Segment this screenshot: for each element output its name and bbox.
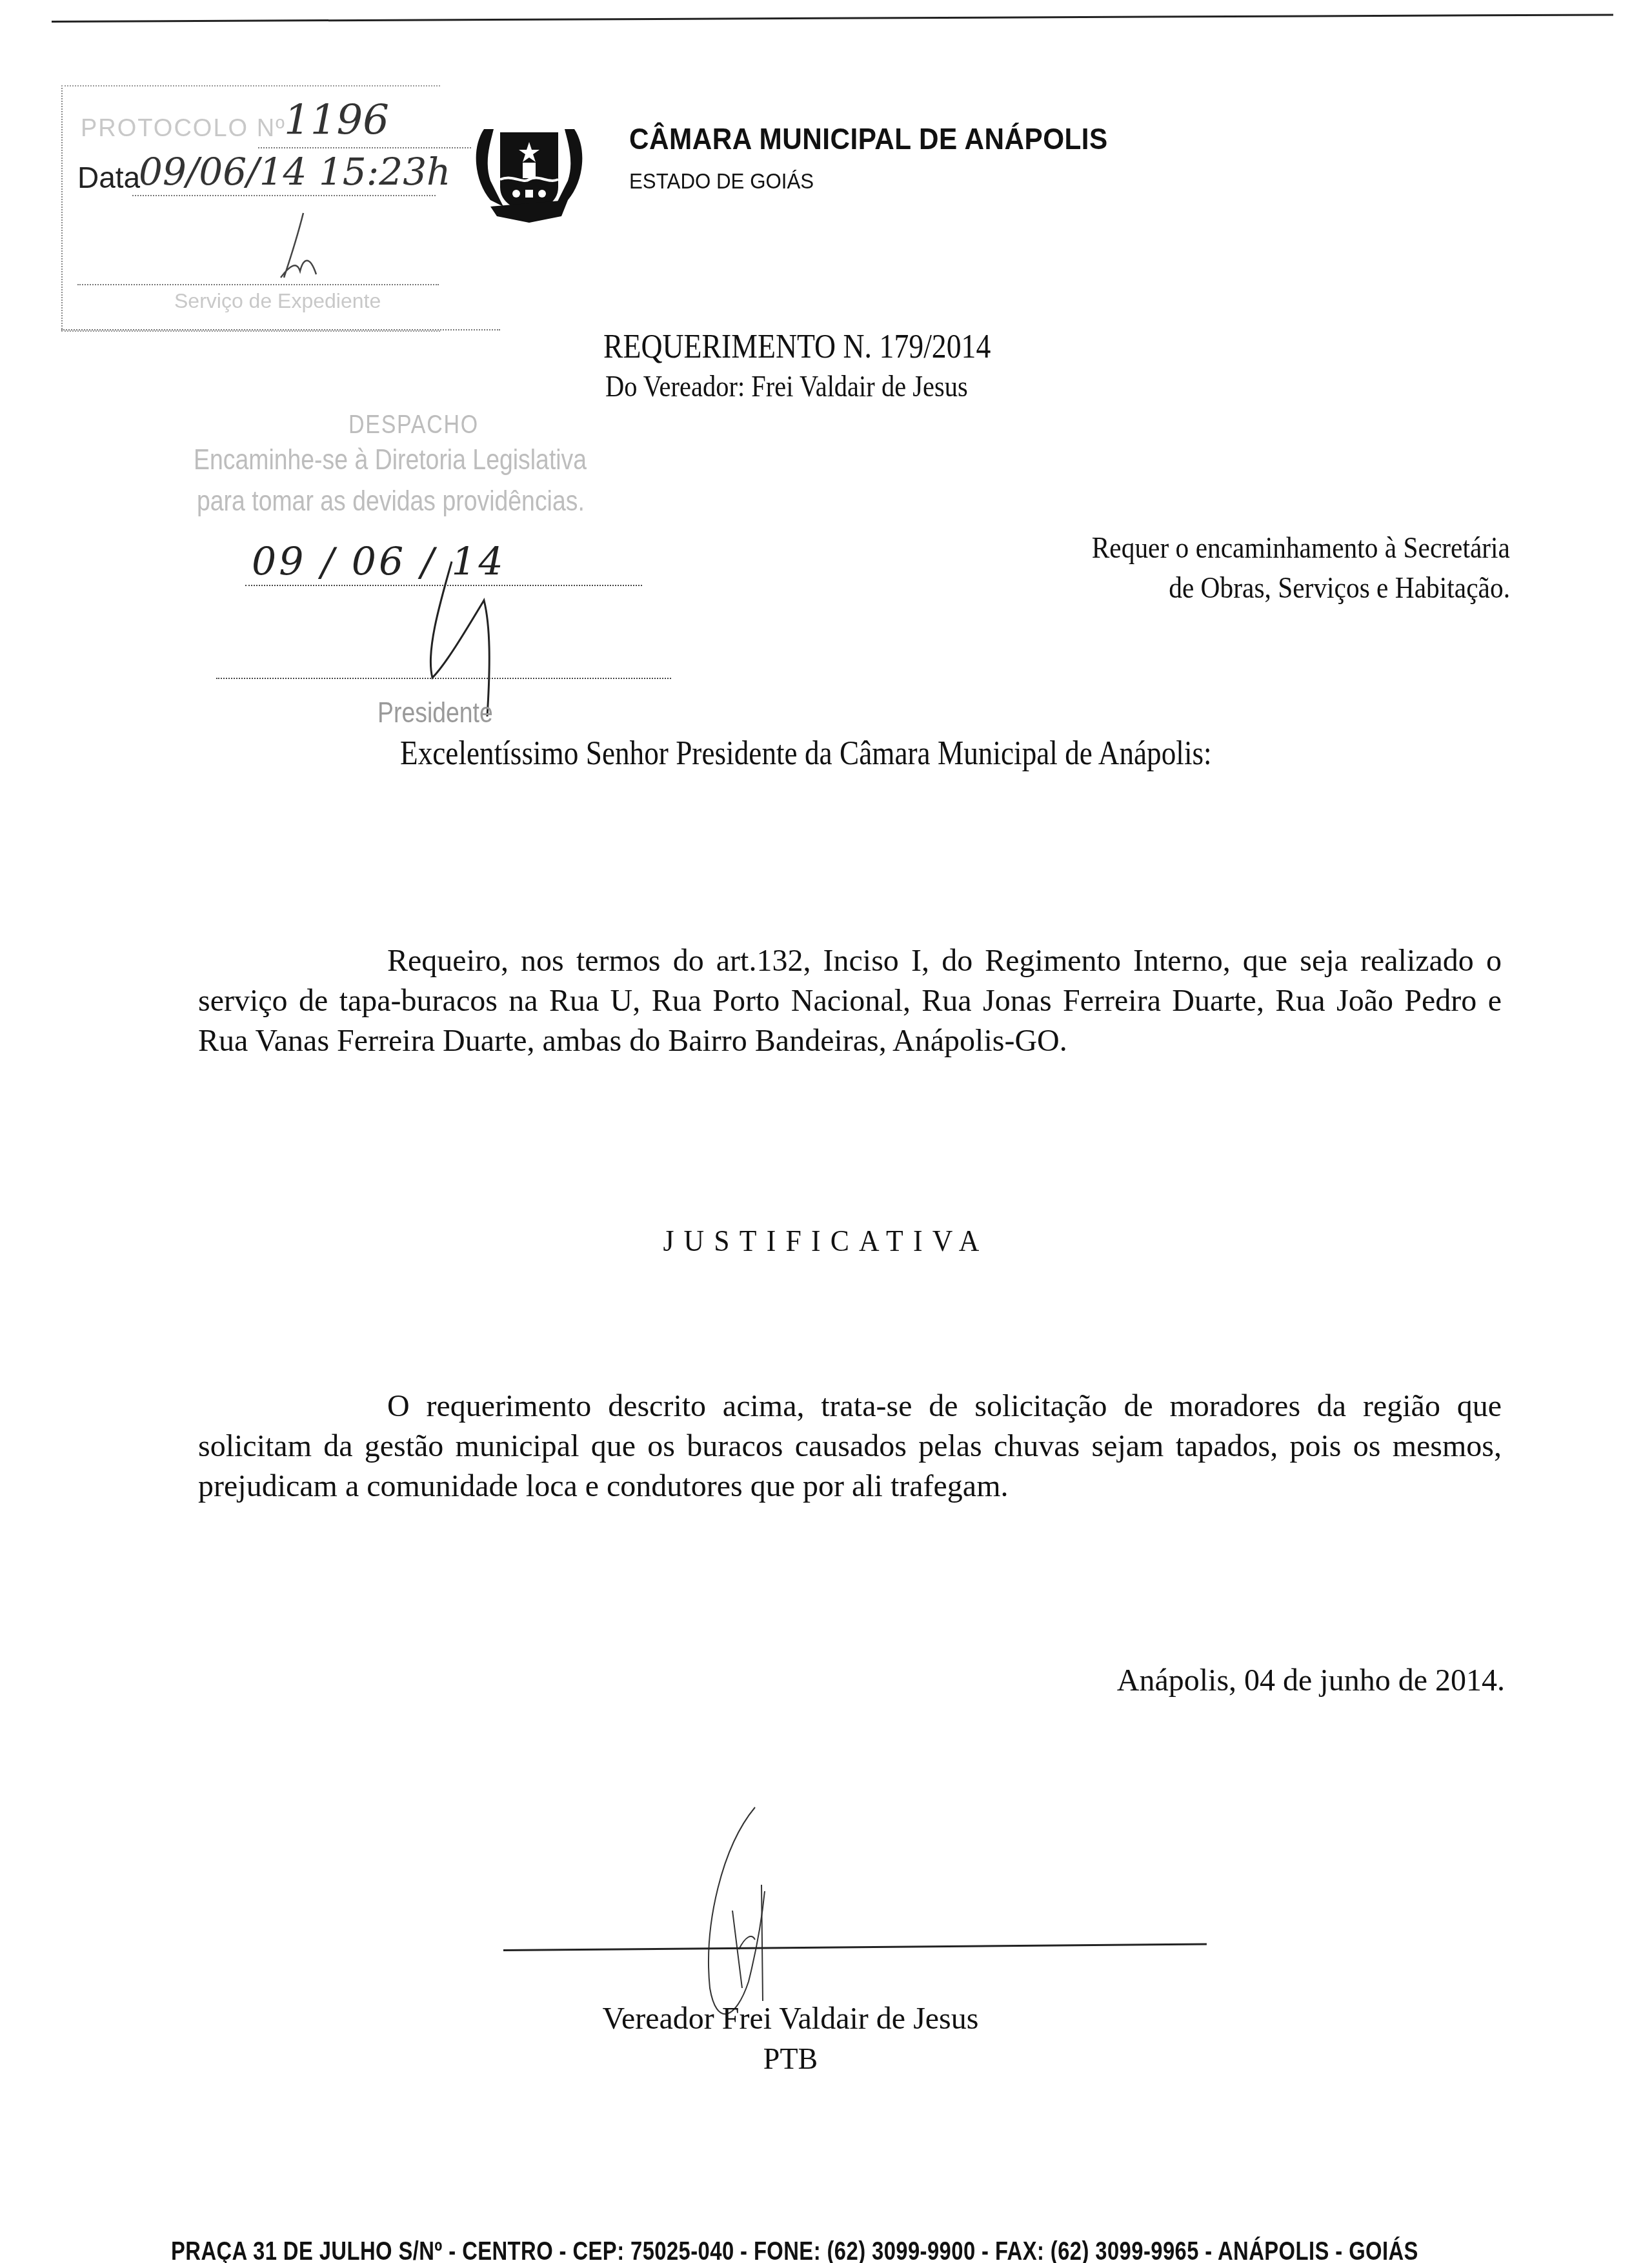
ementa: Requer o encaminhamento à Secretária de …	[999, 528, 1510, 608]
despacho-line-1: Encaminhe-se à Diretoria Legislativa	[194, 444, 587, 476]
signature-line	[503, 1943, 1207, 1951]
justification-title: JUSTIFICATIVA	[41, 1224, 1611, 1258]
footer-address: PRAÇA 31 DE JULHO S/Nº - CENTRO - CEP: 7…	[171, 2237, 1418, 2263]
document-author: Do Vereador: Frei Valdair de Jesus	[605, 369, 968, 403]
protocol-bottom-line	[61, 329, 500, 330]
protocol-date-line	[132, 195, 436, 196]
protocol-signature	[219, 207, 361, 290]
protocol-date-label: Data	[77, 160, 140, 195]
request-body: Requeiro, nos termos do art.132, Inciso …	[198, 941, 1502, 1061]
ementa-line-1: Requer o encaminhamento à Secretária	[999, 528, 1510, 568]
despacho-signature-line	[216, 678, 671, 679]
protocol-number: 1196	[284, 97, 389, 145]
justification-body: O requerimento descrito acima, trata-se …	[198, 1386, 1502, 1507]
document-title: REQUERIMENTO N. 179/2014	[603, 328, 991, 366]
protocol-label: PROTOCOLO Nº	[81, 115, 286, 143]
despacho-title: DESPACHO	[348, 411, 479, 440]
salutation: Excelentíssimo Senhor Presidente da Câma…	[400, 735, 1212, 773]
protocol-signature-line	[77, 284, 439, 285]
place-date: Anápolis, 04 de junho de 2014.	[839, 1663, 1505, 1698]
signer-name: Vereador Frei Valdair de Jesus	[0, 2001, 1581, 2036]
despacho-line-2: para tomar as devidas providências.	[197, 485, 585, 518]
protocol-number-line	[258, 147, 471, 148]
protocol-date-value: 09/06/14 15:23h	[139, 150, 450, 194]
organization-state: ESTADO DE GOIÁS	[629, 169, 814, 194]
ementa-line-2: de Obras, Serviços e Habitação.	[999, 568, 1510, 608]
top-rule	[52, 14, 1613, 23]
organization-name: CÂMARA MUNICIPAL DE ANÁPOLIS	[629, 121, 1108, 156]
despacho-signer: Presidente	[378, 697, 493, 729]
protocol-department: Serviço de Expediente	[174, 289, 381, 313]
signer-party: PTB	[0, 2042, 1581, 2076]
coat-of-arms-icon	[465, 103, 594, 232]
